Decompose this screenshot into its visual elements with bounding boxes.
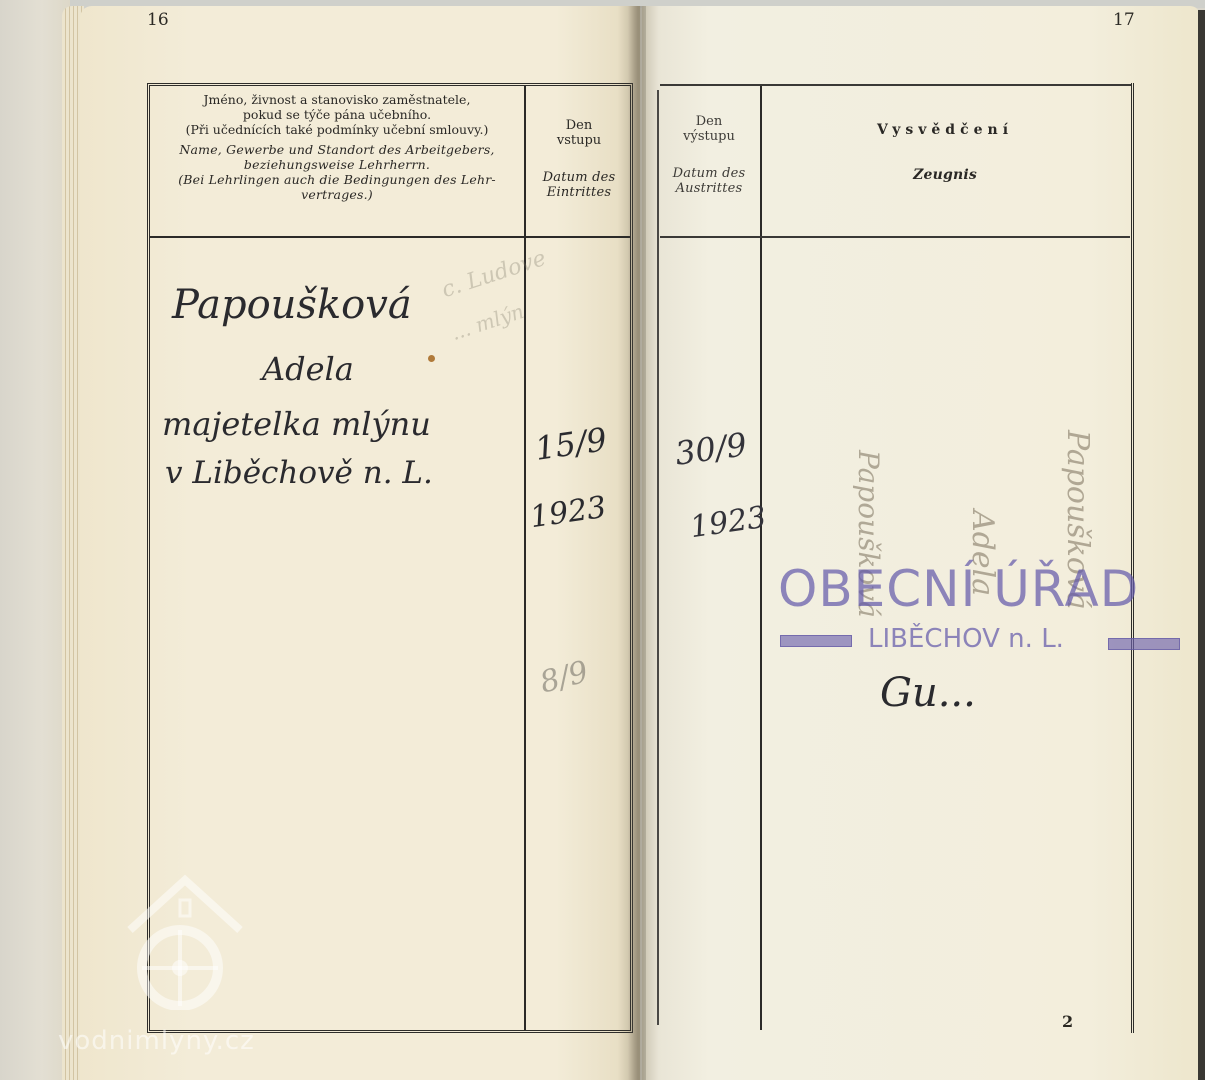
header-czech-line-3: (Při učednících také podmínky učební sml…	[152, 122, 522, 137]
watermark-text: vodnimlyny.cz	[58, 1026, 255, 1056]
handwritten-surname: Papoušková	[172, 282, 412, 328]
right-page-edge	[1198, 10, 1205, 1080]
exit-date-column-header: Den výstupu Datum des Austrittes	[660, 114, 758, 196]
certificate-column-header: Vysvědčení Zeugnis	[765, 123, 1125, 183]
stamp-town-name: LIBĚCHOV n. L.	[868, 624, 1064, 654]
header-vystupu: výstupu	[660, 129, 758, 144]
handwritten-occupation: majetelka mlýnu	[162, 405, 431, 443]
book-cover	[0, 0, 70, 1080]
header-czech-line-1: Jméno, živnost a stanovisko zaměstnatele…	[152, 92, 522, 107]
header-czech-line-2: pokud se týče pána učebního.	[152, 107, 522, 122]
right-table-frame	[1128, 83, 1134, 1033]
header-german-line-3: (Bei Lehrlingen auch die Bedingungen des…	[152, 172, 522, 187]
header-zeugnis: Zeugnis	[765, 168, 1125, 183]
handwritten-location: v Liběchově n. L.	[165, 455, 433, 491]
right-header-rule	[660, 236, 1130, 238]
employer-column-header: Jméno, živnost a stanovisko zaměstnatele…	[152, 92, 522, 202]
header-datum-des: Datum des	[527, 170, 631, 185]
signature-mark: 2	[1062, 1012, 1073, 1031]
header-datum-des: Datum des	[660, 166, 758, 181]
right-table-top-rule	[660, 84, 1132, 86]
header-vstupu: vstupu	[527, 133, 631, 148]
header-german-line-1: Name, Gewerbe und Standort des Arbeitgeb…	[152, 142, 522, 157]
mill-watermark-icon	[120, 860, 250, 1010]
right-table-left-rule	[657, 90, 659, 1025]
header-eintrittes: Eintrittes	[527, 185, 631, 200]
left-column-divider	[524, 86, 526, 1030]
header-austrittes: Austrittes	[660, 181, 758, 196]
header-vysvedceni: Vysvědčení	[765, 123, 1125, 138]
header-den: Den	[660, 114, 758, 129]
stamp-office-name: OBECNÍ ÚŘAD	[778, 560, 1139, 618]
header-den: Den	[527, 118, 631, 133]
right-column-divider	[760, 86, 762, 1030]
header-german-line-4: vertrages.)	[152, 187, 522, 202]
stamp-bar-left	[780, 635, 852, 647]
book-gutter	[628, 6, 646, 1080]
left-header-rule	[150, 236, 630, 238]
stamp-bar-right	[1108, 638, 1180, 650]
left-page-number: 16	[147, 10, 169, 30]
ink-spot	[428, 355, 435, 362]
official-signature: Gu...	[880, 670, 976, 716]
header-german-line-2: beziehungsweise Lehrherrn.	[152, 157, 522, 172]
right-page-number: 17	[1113, 10, 1135, 30]
entry-date-column-header: Den vstupu Datum des Eintrittes	[527, 118, 631, 200]
handwritten-first-name: Adela	[262, 350, 354, 388]
